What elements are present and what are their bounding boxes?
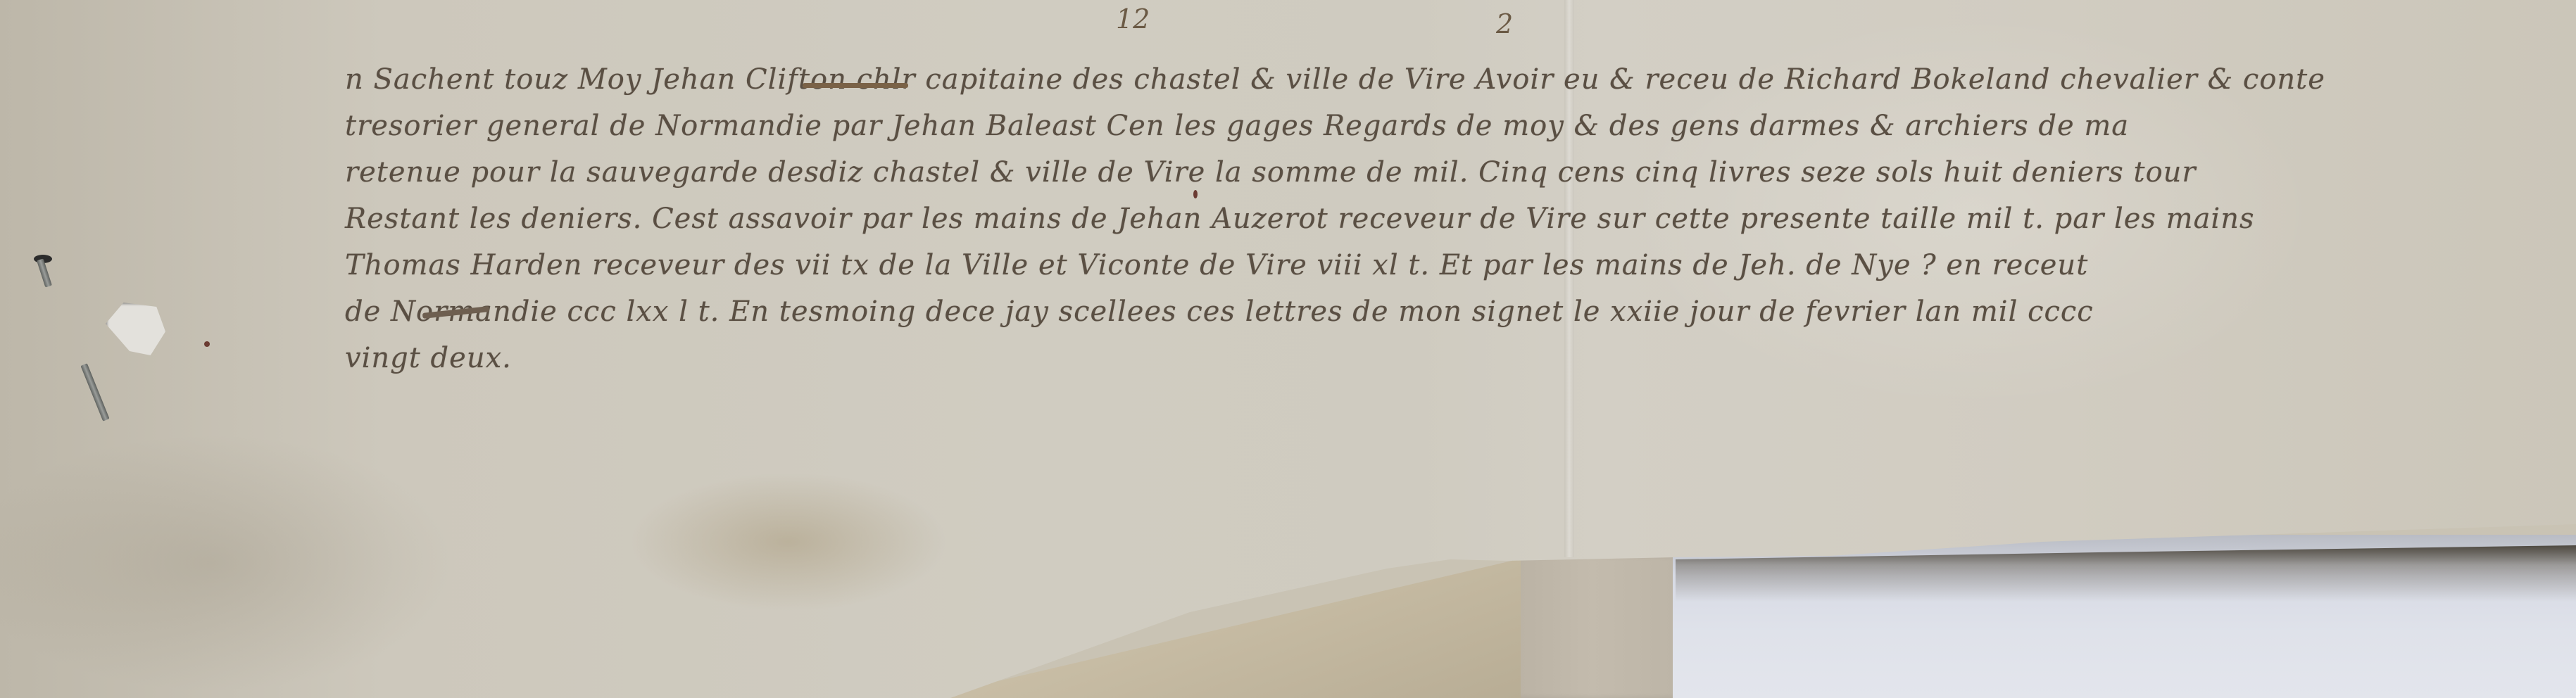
text-line-6: de Normandie ccc lxx l t. En tesmoing de…: [345, 296, 2563, 342]
text-line-7: vingt deux.: [345, 342, 2563, 388]
ink-speck: [204, 341, 210, 347]
text-line-2: tresorier general de Normandie par Jehan…: [345, 110, 2563, 156]
text-line-4: Restant les deniers. Cest assavoir par l…: [345, 203, 2563, 249]
charter-text: n Sachent touz Moy Jehan Clifton chlr ca…: [345, 28, 2563, 388]
text-line-5: Thomas Harden receveur des vii tx de la …: [345, 249, 2563, 296]
nail-icon: [37, 258, 52, 287]
text-line-3: retenue pour la sauvegarde desdiz chaste…: [345, 156, 2563, 203]
paper-strip: [1512, 556, 1673, 698]
nail-icon: [80, 363, 109, 421]
text-line-1: n Sachent touz Moy Jehan Clifton chlr ca…: [345, 63, 2563, 110]
manuscript-photo: 12 2 n Sachent touz Moy Jehan Clifton ch…: [0, 0, 2576, 698]
underline-clifton: [803, 83, 908, 88]
torn-hole: [106, 303, 165, 355]
